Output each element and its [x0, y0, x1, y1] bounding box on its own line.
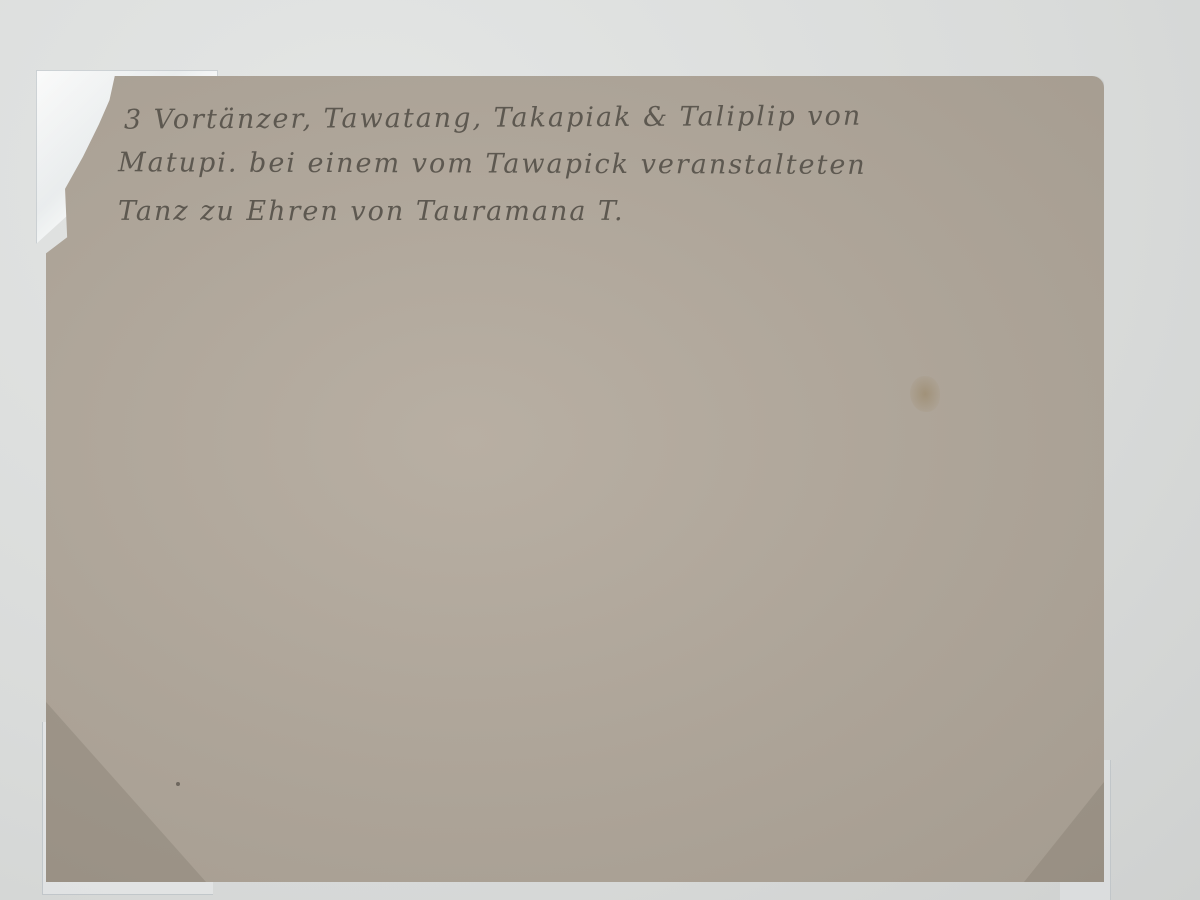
caption-line-3: Tanz zu Ehren von Tauramana T. [118, 188, 1104, 235]
handwritten-caption: 3 Vortänzer, Tawatang, Takapiak & Talipl… [124, 94, 1104, 235]
caption-line-2: Matupi. bei einem vom Tawapick veranstal… [118, 139, 1104, 189]
corner-fold-bottom-left [46, 702, 206, 882]
paper-stain [910, 376, 940, 412]
corner-fold-bottom-right [1024, 782, 1104, 882]
archival-card: 3 Vortänzer, Tawatang, Takapiak & Talipl… [46, 76, 1104, 882]
paper-speck [176, 782, 180, 786]
caption-line-1: 3 Vortänzer, Tawatang, Takapiak & Talipl… [124, 91, 1104, 143]
